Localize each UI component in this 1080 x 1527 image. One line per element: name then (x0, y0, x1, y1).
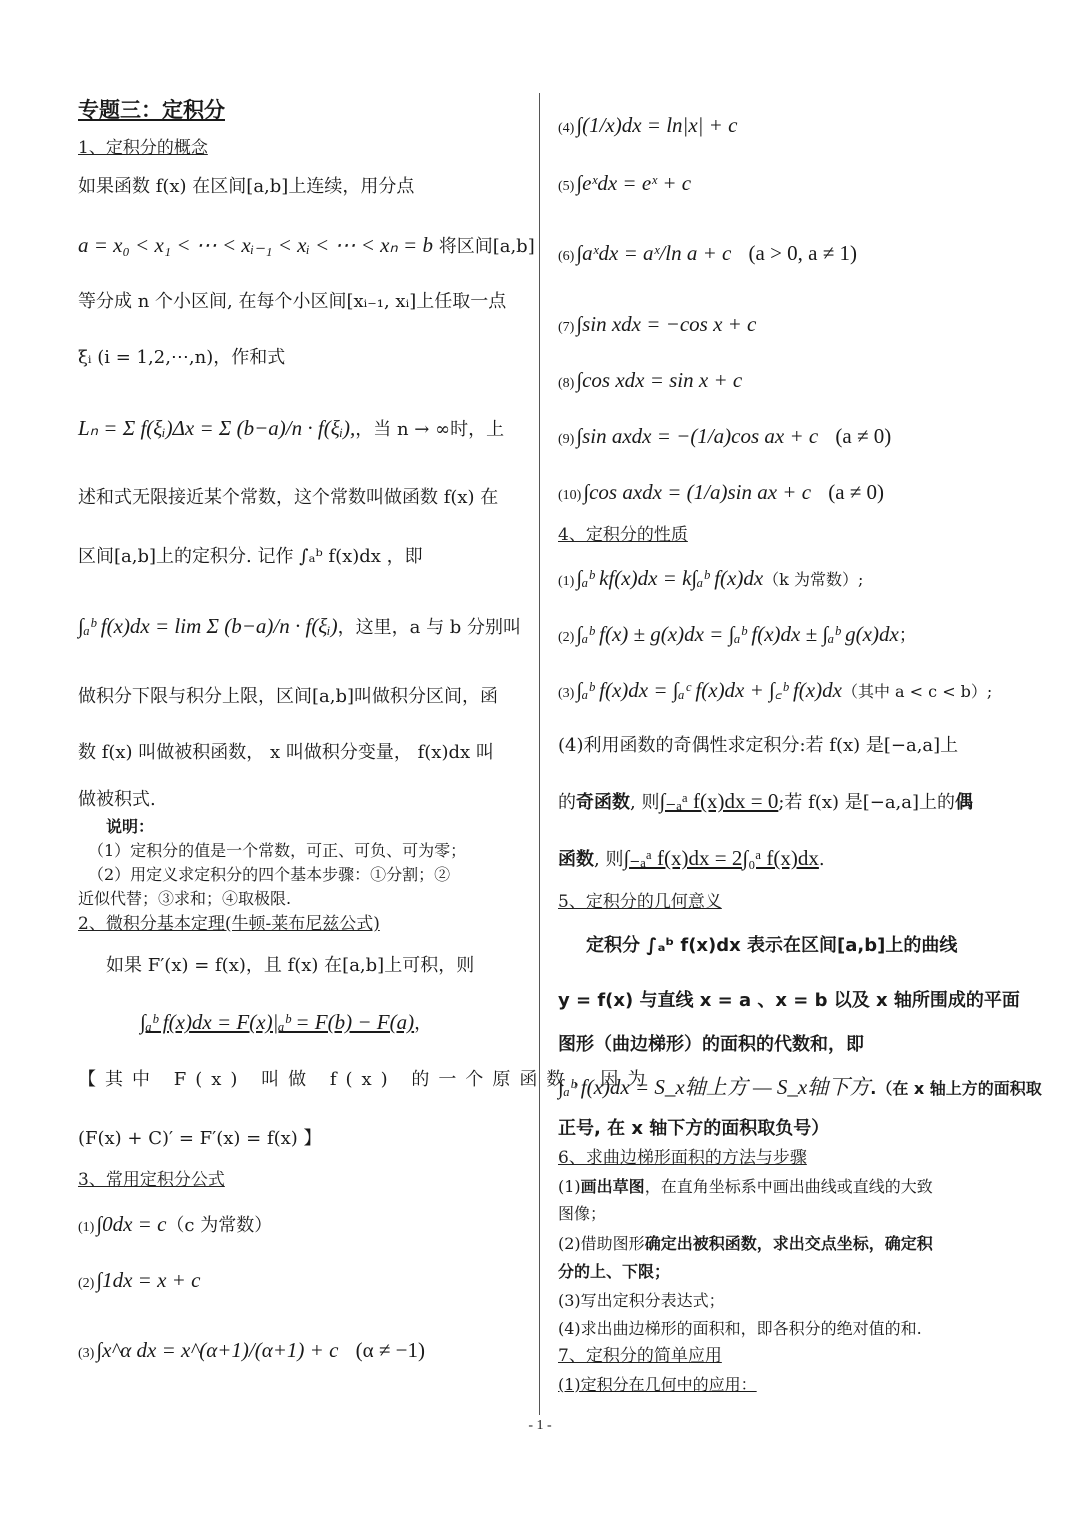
formula-item: (6)∫aˣdx = aˣ/ln a + c (a > 0, a ≠ 1) (558, 241, 857, 269)
newton-leibniz-formula: ∫ₐᵇ f(x)dx = F(x)|ₐᵇ = F(b) − F(a)， (140, 1010, 432, 1036)
even-function-formula: ∫₋ₐᵃ f(x)dx = 2∫₀ᵃ f(x)dx (623, 846, 818, 870)
riemann-sum-formula: Lₙ = Σ f(ξᵢ)Δx = Σ (b−a)/n · f(ξᵢ), (78, 416, 355, 440)
note-item: 近似代替；③求和；④取极限. (78, 887, 291, 911)
property-item: (1)∫ₐᵇ kf(x)dx = k∫ₐᵇ f(x)dx（k 为常数）; (558, 566, 863, 594)
paragraph: 区间[a,b]上的定积分. 记作 ∫ₐᵇ f(x)dx ，即 (78, 545, 423, 569)
paragraph: 定积分 ∫ₐᵇ f(x)dx 表示在区间[a,b]上的曲线 (586, 934, 957, 958)
paragraph: 述和式无限接近某个常数，这个常数叫做函数 f(x) 在 (78, 486, 498, 510)
paragraph: (F(x) + C)′ = F′(x) = f(x) 】 (78, 1127, 322, 1151)
paragraph: y = f(x) 与直线 x = a 、x = b 以及 x 轴所围成的平面 (558, 989, 1020, 1013)
formula-item: (8)∫cos xdx = sin x + c (558, 368, 742, 396)
formula-item: (9)∫sin axdx = −(1/a)cos ax + c (a ≠ 0) (558, 424, 891, 452)
section-heading-5: 5、定积分的几何意义 (558, 890, 722, 914)
property-item: (3)∫ₐᵇ f(x)dx = ∫ₐᶜ f(x)dx + ∫꜀ᵇ f(x)dx（… (558, 678, 992, 706)
paragraph: a = x₀ < x₁ < ⋯ < xᵢ₋₁ < xᵢ < ⋯ < xₙ = b… (78, 233, 535, 259)
formula-item: (5)∫eˣdx = eˣ + c (558, 171, 691, 199)
property-item-parity: 函数, 则∫₋ₐᵃ f(x)dx = 2∫₀ᵃ f(x)dx. (558, 846, 825, 872)
step-item: (1)画出草图，在直角坐标系中画出曲线或直线的大致 (558, 1175, 933, 1199)
step-item: (2)借助图形确定出被积函数，求出交点坐标，确定积 (558, 1232, 933, 1256)
section-heading-3: 3、常用定积分公式 (78, 1168, 225, 1192)
column-divider (539, 93, 540, 1415)
paragraph: ξᵢ (i = 1,2,⋯,n)，作和式 (78, 346, 285, 370)
formula-item: (10)∫cos axdx = (1/a)sin ax + c (a ≠ 0) (558, 480, 884, 508)
formula-item: (3)∫x^α dx = x^(α+1)/(α+1) + c (α ≠ −1) (78, 1338, 425, 1366)
riemann-sum-line: Lₙ = Σ f(ξᵢ)Δx = Σ (b−a)/n · f(ξᵢ),，当 n … (78, 416, 504, 442)
paragraph: 数 f(x) 叫做被积函数， x 叫做积分变量， f(x)dx 叫 (78, 741, 494, 765)
section-heading-2: 2、微积分基本定理(牛顿-莱布尼兹公式) (78, 912, 380, 936)
note-item: （1）定积分的值是一个常数，可正、可负、可为零； (88, 839, 466, 863)
formula-item: (2)∫1dx = x + c (78, 1268, 200, 1296)
document-page: 专题三：定积分 1、定积分的概念 如果函数 f(x) 在区间[a,b]上连续，用… (0, 0, 1080, 1527)
formula-item: (1)∫0dx = c（c 为常数） (78, 1212, 272, 1240)
limit-formula: ∫ₐᵇ f(x)dx = lim Σ (b−a)/n · f(ξᵢ) (78, 614, 338, 638)
formula-item: (4)∫(1/x)dx = ln|x| + c (558, 113, 737, 141)
section-heading-4: 4、定积分的性质 (558, 523, 688, 547)
paragraph: 如果 F′(x) = f(x)，且 f(x) 在[a,b]上可积，则 (106, 954, 474, 978)
section-heading-1: 1、定积分的概念 (78, 136, 208, 160)
step-item: 分的上、下限； (558, 1260, 670, 1284)
step-item: (3)写出定积分表达式； (558, 1289, 725, 1313)
partition-formula: a = x₀ < x₁ < ⋯ < xᵢ₋₁ < xᵢ < ⋯ < xₙ = b (78, 233, 433, 257)
section-heading-7: 7、定积分的简单应用 (558, 1344, 722, 1368)
application-item: (1)定积分在几何中的应用： (558, 1373, 757, 1397)
odd-function-formula: ∫₋ₐᵃ f(x)dx = 0 (659, 789, 778, 813)
document-title: 专题三：定积分 (78, 98, 225, 122)
property-item: (2)∫ₐᵇ f(x) ± g(x)dx = ∫ₐᵇ f(x)dx ± ∫ₐᵇ … (558, 622, 917, 650)
property-item-parity: (4)利用函数的奇偶性求定积分:若 f(x) 是[−a,a]上 (558, 734, 958, 758)
section-heading-6: 6、求曲边梯形面积的方法与步骤 (558, 1146, 807, 1170)
property-item-parity: 的奇函数, 则∫₋ₐᵃ f(x)dx = 0;若 f(x) 是[−a,a]上的偶 (558, 789, 973, 815)
geometric-meaning-formula: ∫ₐᵇ f(x)dx = S_x轴上方 — S_x轴下方.（在 x 轴上方的面积… (558, 1075, 1042, 1101)
definite-integral-definition: ∫ₐᵇ f(x)dx = lim Σ (b−a)/n · f(ξᵢ)，这里，a … (78, 614, 521, 640)
paragraph: 等分成 n 个小区间, 在每个小区间[xᵢ₋₁, xᵢ]上任取一点 (78, 290, 506, 314)
paragraph: 做被积式. (78, 788, 156, 812)
paragraph: 做积分下限与积分上限，区间[a,b]叫做积分区间，函 (78, 685, 498, 709)
paragraph: 图形（曲边梯形）的面积的代数和，即 (558, 1033, 864, 1057)
formula-item: (7)∫sin xdx = −cos x + c (558, 312, 756, 340)
page-number: - 1 - (0, 1418, 1080, 1434)
paragraph: 正号, 在 x 轴下方的面积取负号） (558, 1117, 829, 1141)
note-label: 说明： (106, 815, 154, 839)
note-item: （2）用定义求定积分的四个基本步骤：①分割；② (88, 863, 450, 887)
paragraph: 如果函数 f(x) 在区间[a,b]上连续，用分点 (78, 175, 414, 199)
step-item: (4)求出曲边梯形的面积和，即各积分的绝对值的和. (558, 1317, 922, 1341)
step-item: 图像； (558, 1202, 606, 1226)
